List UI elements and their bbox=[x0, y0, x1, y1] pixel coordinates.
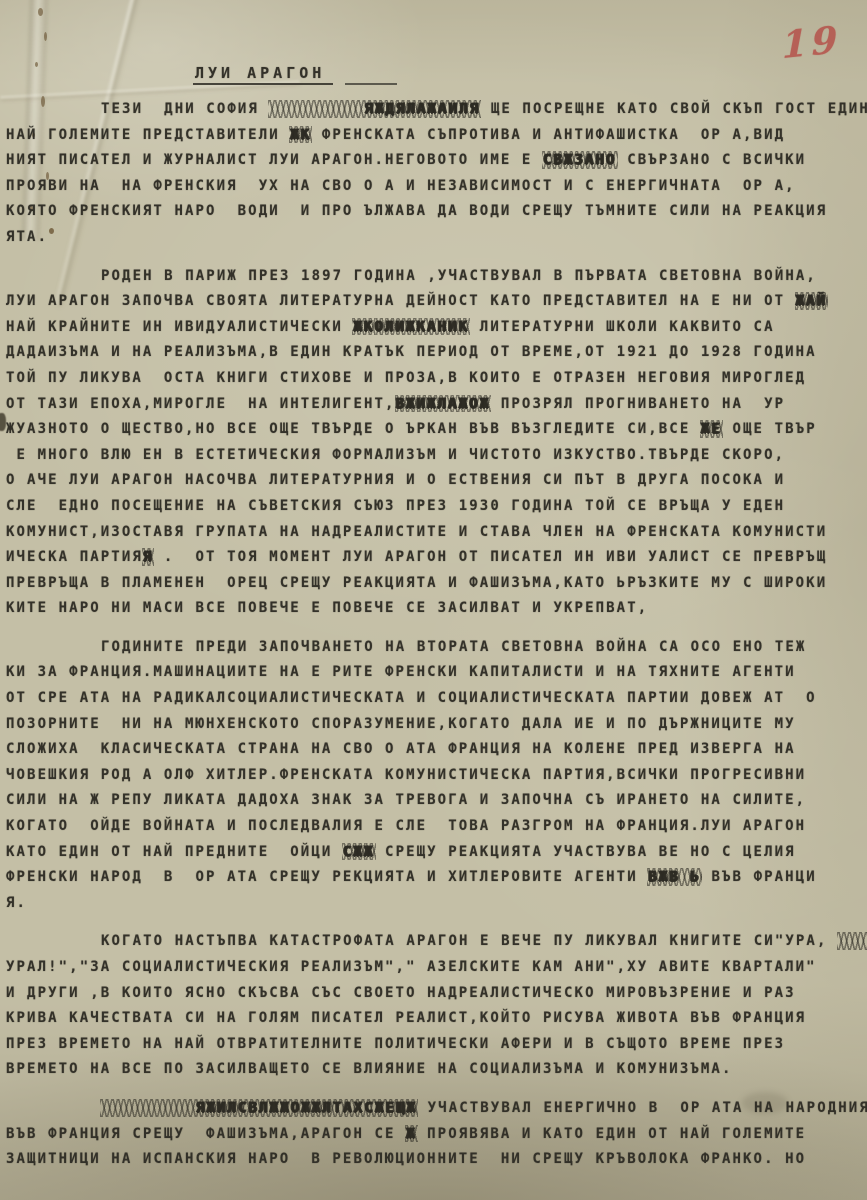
title-row: ЛУИ АРАГОН bbox=[193, 64, 862, 85]
paper-speck bbox=[38, 8, 43, 16]
text-segment: ЗАЩИТНИЦИ НА ИСПАНСКИЯ НАРО В РЕВОЛЮЦИОН… bbox=[6, 1151, 806, 1167]
text-line: УРАЛ!","ЗА СОЦИАЛИСТИЧЕСКИЯ РЕАЛИЗЪМ"," … bbox=[6, 955, 862, 981]
text-segment: КОМУНИСТ,ИЗОСТАВЯ ГРУПАТА НА НАДРЕАЛИСТИ… bbox=[6, 524, 827, 540]
text-line: СЛОЖИХА КЛАСИЧЕСКАТА СТРАНА НА СВО О АТА… bbox=[6, 737, 862, 763]
document-body: ТЕЗИ ДНИ СОФИЯ ЯЖДЯЛАЖАИЛЯ ЩЕ ПОСРЕЩНЕ К… bbox=[6, 97, 862, 1173]
text-segment: ФРЕНСКИ НАРОД В ОР АТА СРЕЩУ РЕКЦИЯТА И … bbox=[6, 869, 648, 885]
paragraph: КОГАТО НАСТЪПВА КАТАСТРОФАТА АРАГОН Е ВЕ… bbox=[6, 929, 862, 1083]
text-line: РОДЕН В ПАРИЖ ПРЕЗ 1897 ГОДИНА ,УЧАСТВУВ… bbox=[6, 264, 862, 290]
text-segment: НИЯТ ПИСАТЕЛ И ЖУРНАЛИСТ ЛУИ АРАГОН.НЕГО… bbox=[6, 152, 543, 168]
text-segment: О АЧЕ ЛУИ АРАГОН НАСОЧВА ЛИТЕРАТУРНИЯ И … bbox=[6, 472, 785, 488]
text-line: КОМУНИСТ,ИЗОСТАВЯ ГРУПАТА НА НАДРЕАЛИСТИ… bbox=[6, 520, 862, 546]
text-segment: ЯТА. bbox=[6, 229, 48, 245]
text-line: ЖУАЗНОТО О ЩЕСТВО,НО ВСЕ ОЩЕ ТВЪРДЕ О ЪР… bbox=[6, 417, 862, 443]
text-line: ЯЖИЛСВЛЖЖОЖЖЛТАХСЖЕЩЖ УЧАСТВУВАЛ ЕНЕРГИЧ… bbox=[6, 1096, 862, 1122]
struck-text: ЯЖДЯЛАЖАИЛЯ bbox=[269, 97, 480, 123]
text-segment: КИТЕ НАРО НИ МАСИ ВСЕ ПОВЕЧЕ Е ПОВЕЧЕ СЕ… bbox=[6, 600, 648, 616]
struck-text: ЖАЙ bbox=[796, 289, 828, 315]
text-line: ИЧЕСКА ПАРТИЯЯ . ОТ ТОЯ МОМЕНТ ЛУИ АРАГО… bbox=[6, 545, 862, 571]
text-segment: КИ ЗА ФРАНЦИЯ.МАШИНАЦИИТЕ НА Е РИТЕ ФРЕН… bbox=[6, 664, 796, 680]
text-line: Я. bbox=[6, 891, 862, 917]
text-line: ТЕЗИ ДНИ СОФИЯ ЯЖДЯЛАЖАИЛЯ ЩЕ ПОСРЕЩНЕ К… bbox=[6, 97, 862, 123]
text-line: ЛУИ АРАГОН ЗАПОЧВА СВОЯТА ЛИТЕРАТУРНА ДЕ… bbox=[6, 289, 862, 315]
text-segment: И ДРУГИ ,В КОИТО ЯСНО СКЪСВА СЪС СВОЕТО … bbox=[6, 985, 796, 1001]
text-segment: НАЙ ГОЛЕМИТЕ ПРЕДСТАВИТЕЛИ bbox=[6, 127, 290, 143]
text-segment: ЛУИ АРАГОН ЗАПОЧВА СВОЯТА ЛИТЕРАТУРНА ДЕ… bbox=[6, 293, 796, 309]
text-line: НАЙ ГОЛЕМИТЕ ПРЕДСТАВИТЕЛИ ЖК ФРЕНСКАТА … bbox=[6, 123, 862, 149]
text-line: КОГАТО НАСТЪПВА КАТАСТРОФАТА АРАГОН Е ВЕ… bbox=[6, 929, 862, 955]
text-line: СИЛИ НА Ж РЕПУ ЛИКАТА ДАДОХА ЗНАК ЗА ТРЕ… bbox=[6, 788, 862, 814]
text-line: ЗАЩИТНИЦИ НА ИСПАНСКИЯ НАРО В РЕВОЛЮЦИОН… bbox=[6, 1147, 862, 1173]
text-line: НАЙ КРАЙНИТЕ ИН ИВИДУАЛИСТИЧЕСКИ ЖКОЛИЖК… bbox=[6, 315, 862, 341]
text-line: ОТ ТАЗИ ЕПОХА,МИРОГЛЕ НА ИНТЕЛИГЕНТ,ВЖИЖ… bbox=[6, 392, 862, 418]
text-segment: ОТ ТАЗИ ЕПОХА,МИРОГЛЕ НА ИНТЕЛИГЕНТ, bbox=[6, 396, 396, 412]
text-line: КАТО ЕДИН ОТ НАЙ ПРЕДНИТЕ ОЙЦИ СЖЖ СРЕЩУ… bbox=[6, 840, 862, 866]
text-line: НИЯТ ПИСАТЕЛ И ЖУРНАЛИСТ ЛУИ АРАГОН.НЕГО… bbox=[6, 148, 862, 174]
text-segment: КОГАТО ОЙДЕ ВОЙНАТА И ПОСЛЕДВАЛИЯ Е СЛЕ … bbox=[6, 818, 806, 834]
text-segment: СИЛИ НА Ж РЕПУ ЛИКАТА ДАДОХА ЗНАК ЗА ТРЕ… bbox=[6, 792, 806, 808]
text-segment: ГОДИНИТЕ ПРЕДИ ЗАПОЧВАНЕТО НА ВТОРАТА СВ… bbox=[101, 639, 806, 655]
struck-text: ЯЖИЛСВЛЖЖОЖЖЛТАХСЖЕЩЖ bbox=[101, 1096, 417, 1122]
text-segment: КАТО ЕДИН ОТ НАЙ ПРЕДНИТЕ ОЙЦИ bbox=[6, 844, 343, 860]
text-line: ЧОВЕШКИЯ РОД А ОЛФ ХИТЛЕР.ФРЕНСКАТА КОМУ… bbox=[6, 763, 862, 789]
struck-text: ЖЖАЛ bbox=[838, 929, 867, 955]
struck-text: Ж bbox=[406, 1122, 417, 1148]
text-segment: ВРЕМЕТО НА ВСЕ ПО ЗАСИЛВАЩЕТО СЕ ВЛИЯНИЕ… bbox=[6, 1061, 732, 1077]
text-segment: УЧАСТВУВАЛ ЕНЕРГИЧНО В ОР АТА НА НАРОДНИ… bbox=[417, 1100, 867, 1116]
text-line: И ДРУГИ ,В КОИТО ЯСНО СКЪСВА СЪС СВОЕТО … bbox=[6, 981, 862, 1007]
struck-text: ЖК bbox=[290, 123, 311, 149]
scanned-document-page: 19 ЛУИ АРАГОН ТЕЗИ ДНИ СОФИЯ ЯЖДЯЛАЖАИЛЯ… bbox=[0, 0, 867, 1200]
text-line: ТОЙ ПУ ЛИКУВА ОСТА КНИГИ СТИХОВЕ И ПРОЗА… bbox=[6, 366, 862, 392]
text-segment: ТЕЗИ ДНИ СОФИЯ bbox=[101, 101, 269, 117]
text-line: ВРЕМЕТО НА ВСЕ ПО ЗАСИЛВАЩЕТО СЕ ВЛИЯНИЕ… bbox=[6, 1057, 862, 1083]
text-segment: ОТ СРЕ АТА НА РАДИКАЛСОЦИАЛИСТИЧЕСКАТА И… bbox=[6, 690, 817, 706]
text-segment: Я. bbox=[6, 895, 27, 911]
page-number-annotation: 19 bbox=[782, 17, 841, 67]
paragraph: ГОДИНИТЕ ПРЕДИ ЗАПОЧВАНЕТО НА ВТОРАТА СВ… bbox=[6, 635, 862, 917]
paragraph: ТЕЗИ ДНИ СОФИЯ ЯЖДЯЛАЖАИЛЯ ЩЕ ПОСРЕЩНЕ К… bbox=[6, 97, 862, 251]
text-segment: ВЪВ ФРАНЦИЯ СРЕЩУ ФАШИЗЪМА,АРАГОН СЕ bbox=[6, 1126, 406, 1142]
text-line: КОГАТО ОЙДЕ ВОЙНАТА И ПОСЛЕДВАЛИЯ Е СЛЕ … bbox=[6, 814, 862, 840]
text-segment: ИЧЕСКА ПАРТИЯ bbox=[6, 549, 143, 565]
text-segment: ЧОВЕШКИЯ РОД А ОЛФ ХИТЛЕР.ФРЕНСКАТА КОМУ… bbox=[6, 767, 806, 783]
text-segment: ПРОЯВИ НА НА ФРЕНСКИЯ УХ НА СВО О А И НЕ… bbox=[6, 178, 796, 194]
text-segment: ФРЕНСКАТА СЪПРОТИВА И АНТИФАШИСТКА ОР А,… bbox=[311, 127, 785, 143]
text-line: ПОЗОРНИТЕ НИ НА МЮНХЕНСКОТО СПОРАЗУМЕНИЕ… bbox=[6, 712, 862, 738]
text-line: ГОДИНИТЕ ПРЕДИ ЗАПОЧВАНЕТО НА ВТОРАТА СВ… bbox=[6, 635, 862, 661]
text-segment: ПОЗОРНИТЕ НИ НА МЮНХЕНСКОТО СПОРАЗУМЕНИЕ… bbox=[6, 716, 796, 732]
paragraph: ЯЖИЛСВЛЖЖОЖЖЛТАХСЖЕЩЖ УЧАСТВУВАЛ ЕНЕРГИЧ… bbox=[6, 1096, 862, 1173]
paragraph: РОДЕН В ПАРИЖ ПРЕЗ 1897 ГОДИНА ,УЧАСТВУВ… bbox=[6, 264, 862, 622]
text-line: ФРЕНСКИ НАРОД В ОР АТА СРЕЩУ РЕКЦИЯТА И … bbox=[6, 865, 862, 891]
document-text: ЛУИ АРАГОН ТЕЗИ ДНИ СОФИЯ ЯЖДЯЛАЖАИЛЯ ЩЕ… bbox=[6, 64, 862, 1186]
text-segment: ДАДАИЗЪМА И НА РЕАЛИЗЪМА,В ЕДИН КРАТЪК П… bbox=[6, 344, 817, 360]
text-line: ПРЕЗ ВРЕМЕТО НА НАЙ ОТВРАТИТЕЛНИТЕ ПОЛИТ… bbox=[6, 1032, 862, 1058]
text-line: Е МНОГО ВЛЮ ЕН В ЕСТЕТИЧЕСКИЯ ФОРМАЛИЗЪМ… bbox=[6, 443, 862, 469]
text-segment: ПРОЗРЯЛ ПРОГНИВАНЕТО НА УР bbox=[490, 396, 785, 412]
text-segment: ЖУАЗНОТО О ЩЕСТВО,НО ВСЕ ОЩЕ ТВЪРДЕ О ЪР… bbox=[6, 421, 701, 437]
struck-text: СЖЖ bbox=[343, 840, 375, 866]
text-line: ПРОЯВИ НА НА ФРЕНСКИЯ УХ НА СВО О А И НЕ… bbox=[6, 174, 862, 200]
text-line: ДАДАИЗЪМА И НА РЕАЛИЗЪМА,В ЕДИН КРАТЪК П… bbox=[6, 340, 862, 366]
text-segment: ВЪВ ФРАНЦИ bbox=[701, 869, 817, 885]
text-line: ВЪВ ФРАНЦИЯ СРЕЩУ ФАШИЗЪМА,АРАГОН СЕ Ж П… bbox=[6, 1122, 862, 1148]
text-segment: СВЪРЗАНО С ВСИЧКИ bbox=[617, 152, 807, 168]
text-line: СЛЕ ЕДНО ПОСЕЩЕНИЕ НА СЪВЕТСКИЯ СЪЮЗ ПРЕ… bbox=[6, 494, 862, 520]
text-segment: КОГАТО НАСТЪПВА КАТАСТРОФАТА АРАГОН Е ВЕ… bbox=[101, 933, 838, 949]
text-line: КРИВА КАЧЕСТВАТА СИ НА ГОЛЯМ ПИСАТЕЛ РЕА… bbox=[6, 1006, 862, 1032]
text-line: ПРЕВРЪЩА В ПЛАМЕНЕН ОРЕЦ СРЕЩУ РЕАКЦИЯТА… bbox=[6, 571, 862, 597]
text-segment: СЛЕ ЕДНО ПОСЕЩЕНИЕ НА СЪВЕТСКИЯ СЪЮЗ ПРЕ… bbox=[6, 498, 785, 514]
text-line: ЯТА. bbox=[6, 225, 862, 251]
struck-text: ВЖИЖЛАЖОЖ bbox=[396, 392, 491, 418]
struck-text: СВЖЗАНО bbox=[543, 148, 617, 174]
text-segment: КРИВА КАЧЕСТВАТА СИ НА ГОЛЯМ ПИСАТЕЛ РЕА… bbox=[6, 1010, 806, 1026]
struck-text: ЖЕ bbox=[701, 417, 722, 443]
text-line: КИ ЗА ФРАНЦИЯ.МАШИНАЦИИТЕ НА Е РИТЕ ФРЕН… bbox=[6, 660, 862, 686]
text-segment: СРЕЩУ РЕАКЦИЯТА УЧАСТВУВА ВЕ НО С ЦЕЛИЯ bbox=[375, 844, 796, 860]
page-title: ЛУИ АРАГОН bbox=[193, 64, 333, 85]
struck-text: ВЖВ Ь bbox=[648, 865, 701, 891]
text-segment: Е МНОГО ВЛЮ ЕН В ЕСТЕТИЧЕСКИЯ ФОРМАЛИЗЪМ… bbox=[6, 447, 785, 463]
paper-speck bbox=[44, 32, 47, 41]
text-line: ОТ СРЕ АТА НА РАДИКАЛСОЦИАЛИСТИЧЕСКАТА И… bbox=[6, 686, 862, 712]
text-segment: КОЯТО ФРЕНСКИЯТ НАРО ВОДИ И ПРО ЪЛЖАВА Д… bbox=[6, 203, 827, 219]
text-segment: УРАЛ!","ЗА СОЦИАЛИСТИЧЕСКИЯ РЕАЛИЗЪМ"," … bbox=[6, 959, 817, 975]
text-line: КОЯТО ФРЕНСКИЯТ НАРО ВОДИ И ПРО ЪЛЖАВА Д… bbox=[6, 199, 862, 225]
text-segment: РОДЕН В ПАРИЖ ПРЕЗ 1897 ГОДИНА ,УЧАСТВУВ… bbox=[101, 268, 817, 284]
text-segment: ОЩЕ ТВЪР bbox=[722, 421, 817, 437]
struck-text: ЖКОЛИЖКАНИК bbox=[353, 315, 469, 341]
text-segment: ПРЕВРЪЩА В ПЛАМЕНЕН ОРЕЦ СРЕЩУ РЕАКЦИЯТА… bbox=[6, 575, 827, 591]
text-segment: ПРОЯВЯВА И КАТО ЕДИН ОТ НАЙ ГОЛЕМИТЕ bbox=[417, 1126, 807, 1142]
struck-text: Я bbox=[143, 545, 154, 571]
text-segment: ТОЙ ПУ ЛИКУВА ОСТА КНИГИ СТИХОВЕ И ПРОЗА… bbox=[6, 370, 806, 386]
text-segment: . ОТ ТОЯ МОМЕНТ ЛУИ АРАГОН ОТ ПИСАТЕЛ ИН… bbox=[153, 549, 827, 565]
title-underline-extension bbox=[345, 66, 397, 85]
text-segment: ПРЕЗ ВРЕМЕТО НА НАЙ ОТВРАТИТЕЛНИТЕ ПОЛИТ… bbox=[6, 1036, 785, 1052]
text-line: КИТЕ НАРО НИ МАСИ ВСЕ ПОВЕЧЕ Е ПОВЕЧЕ СЕ… bbox=[6, 596, 862, 622]
text-segment: СЛОЖИХА КЛАСИЧЕСКАТА СТРАНА НА СВО О АТА… bbox=[6, 741, 796, 757]
text-line: О АЧЕ ЛУИ АРАГОН НАСОЧВА ЛИТЕРАТУРНИЯ И … bbox=[6, 468, 862, 494]
text-segment: НАЙ КРАЙНИТЕ ИН ИВИДУАЛИСТИЧЕСКИ bbox=[6, 319, 353, 335]
text-segment: ЛИТЕРАТУРНИ ШКОЛИ КАКВИТО СА bbox=[469, 319, 774, 335]
text-segment: ЩЕ ПОСРЕЩНЕ КАТО СВОЙ СКЪП ГОСТ ЕДИН ОТ bbox=[480, 101, 867, 117]
